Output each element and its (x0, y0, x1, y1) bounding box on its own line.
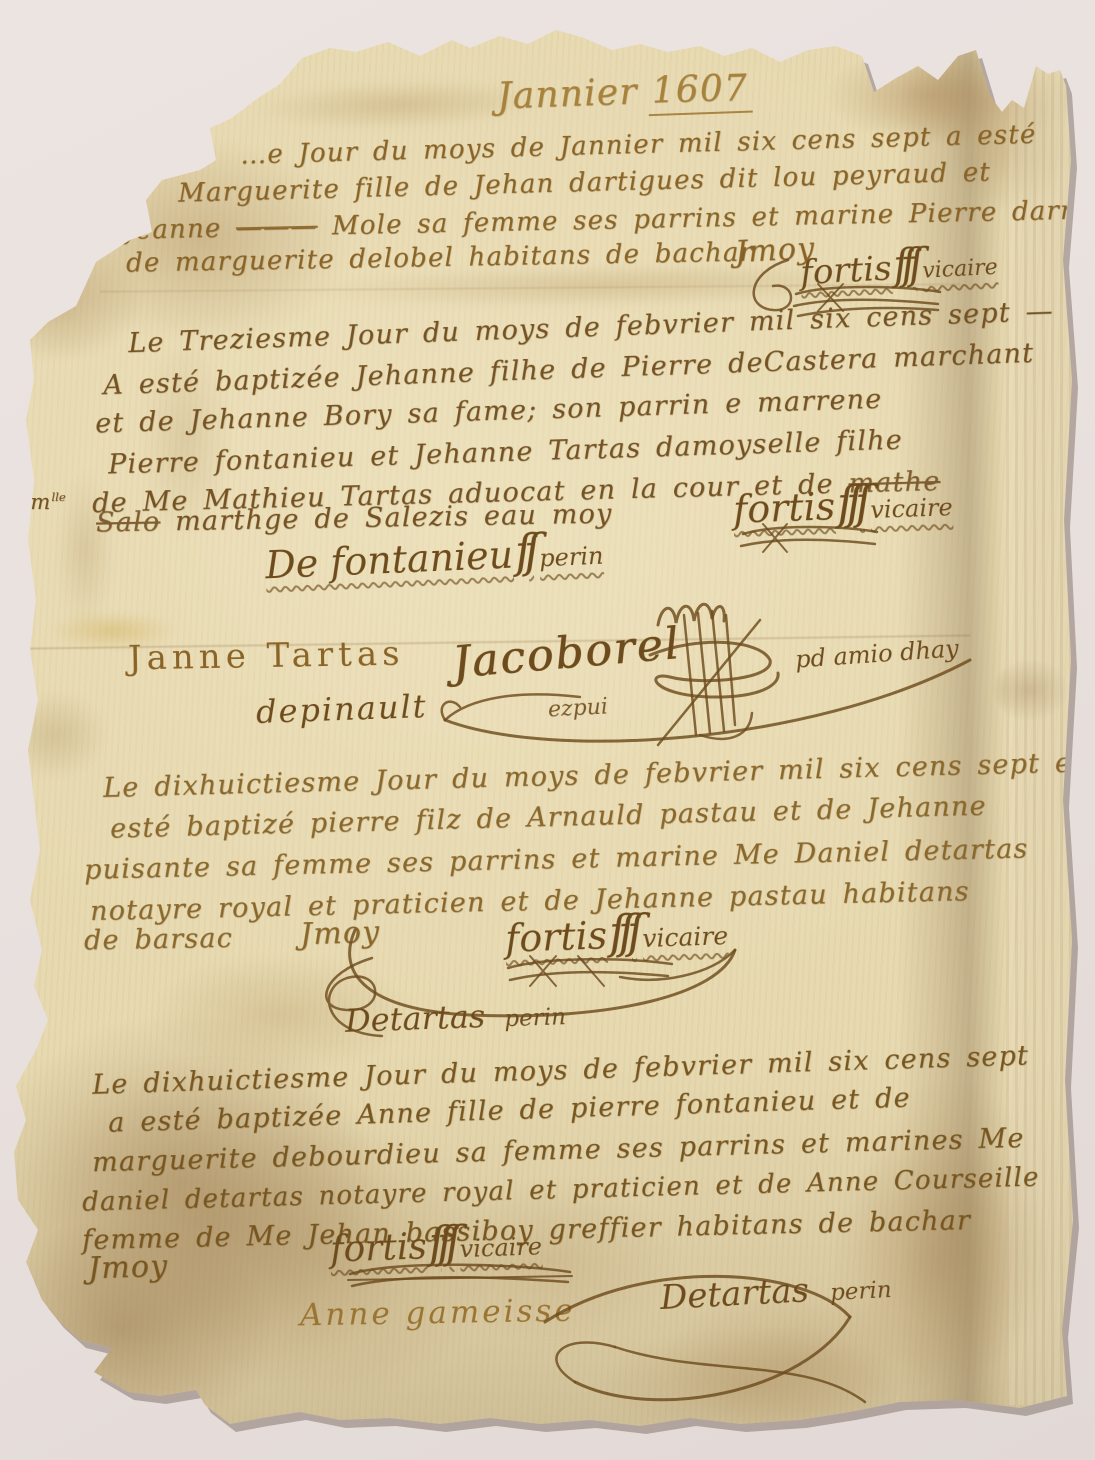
title-month: Jannier (496, 72, 638, 118)
signature-depinault: depinault (255, 687, 428, 731)
title-year: 1607 (647, 68, 753, 117)
entry1-line3-text: Jeanne (124, 214, 222, 246)
signature-paraph: ſſ (514, 524, 534, 579)
photograph-of-register-page: Jannier1607 …e Jour du moys de Jannier m… (0, 0, 1095, 1460)
sweeping-underline-flourish (430, 635, 990, 755)
signature-name: Detartas (344, 997, 485, 1040)
entry2-line6-strikethrough: Salo (96, 506, 161, 538)
signature-janne-tartas: Janne Tartas (128, 634, 405, 679)
signature-detartas: Detartas perin (344, 994, 566, 1040)
signature-name: De fontanieu (264, 533, 514, 588)
entry2-margin-note: damlle (2, 490, 66, 514)
signature-paraph-word: perin (504, 1004, 566, 1032)
stain (0, 690, 110, 780)
margin-abbreviation: dam (2, 490, 51, 514)
margin-superscript: lle (51, 490, 65, 504)
page-title: Jannier1607 (496, 68, 752, 118)
scratched-out-word-flourish (735, 518, 885, 563)
signature-paraph-word: perin (539, 542, 604, 573)
manuscript-page: Jannier1607 …e Jour du moys de Jannier m… (0, 0, 1095, 1460)
entry4-moy-mark: Jmoy (87, 1249, 168, 1287)
entry3-line5: de barsac (84, 923, 234, 957)
entry1-line3-strikethrough: ——— (236, 212, 318, 244)
signature-loop-flourish (505, 1262, 885, 1422)
